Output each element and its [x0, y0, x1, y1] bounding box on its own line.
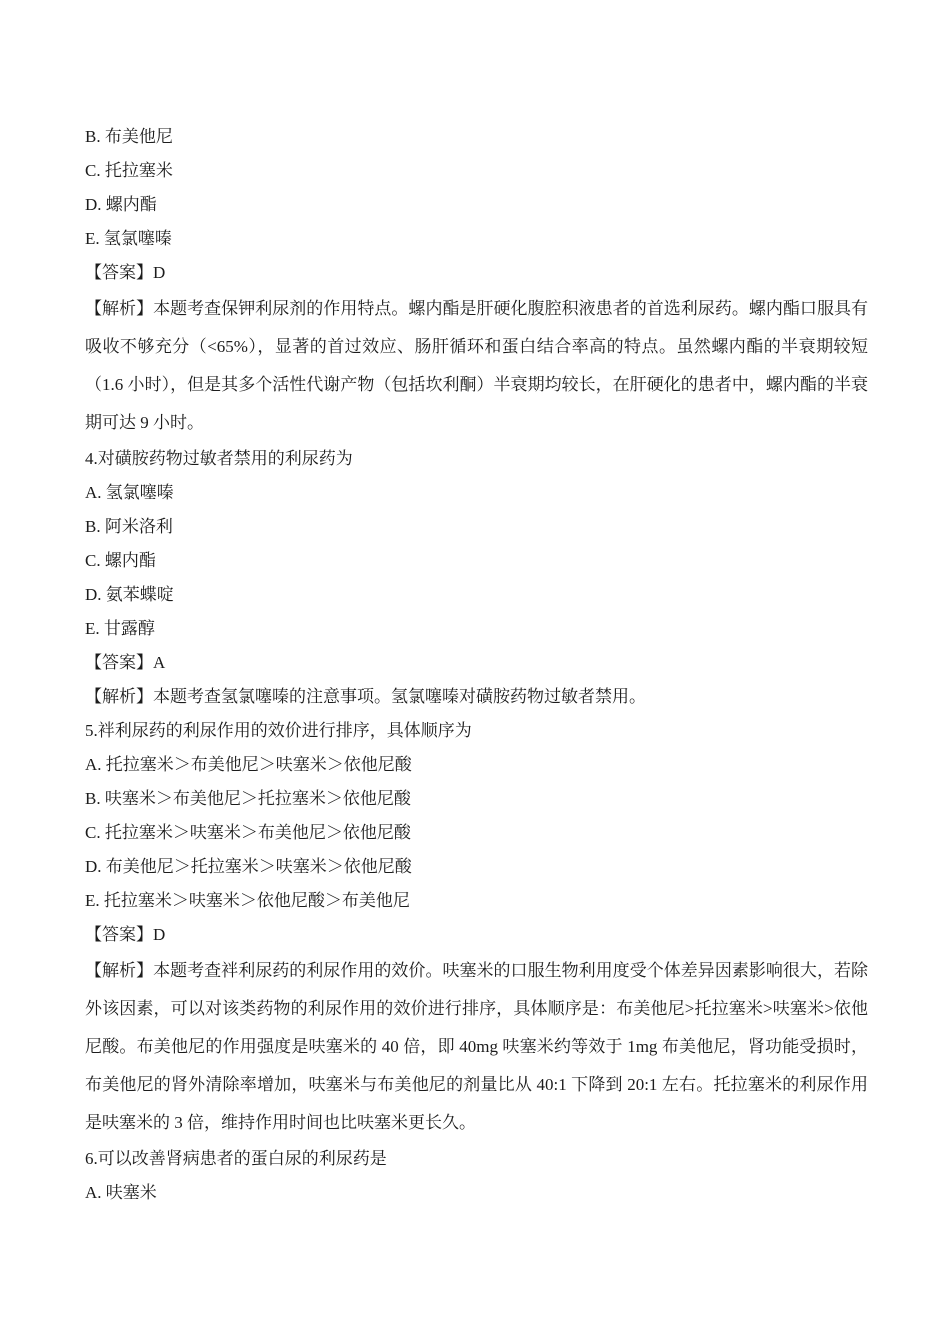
option-line: C. 托拉塞米: [85, 154, 868, 188]
option-line: B. 呋塞米＞布美他尼＞托拉塞米＞依他尼酸: [85, 782, 868, 816]
option-line: C. 托拉塞米＞呋塞米＞布美他尼＞依他尼酸: [85, 816, 868, 850]
answer-line: 【答案】D: [85, 918, 868, 952]
option-line: E. 托拉塞米＞呋塞米＞依他尼酸＞布美他尼: [85, 884, 868, 918]
document-content: B. 布美他尼C. 托拉塞米D. 螺内酯E. 氢氯噻嗪【答案】D【解析】本题考查…: [85, 120, 868, 1210]
question-line: 4.对磺胺药物过敏者禁用的利尿药为: [85, 442, 868, 476]
analysis-paragraph: 【解析】本题考查袢利尿药的利尿作用的效价。呋塞米的口服生物利用度受个体差异因素影…: [85, 952, 868, 1142]
option-line: E. 甘露醇: [85, 612, 868, 646]
option-line: E. 氢氯噻嗪: [85, 222, 868, 256]
option-line: A. 呋塞米: [85, 1176, 868, 1210]
question-line: 6.可以改善肾病患者的蛋白尿的利尿药是: [85, 1142, 868, 1176]
analysis-paragraph: 【解析】本题考查保钾利尿剂的作用特点。螺内酯是肝硬化腹腔积液患者的首选利尿药。螺…: [85, 290, 868, 442]
option-line: D. 氨苯蝶啶: [85, 578, 868, 612]
option-line: A. 托拉塞米＞布美他尼＞呋塞米＞依他尼酸: [85, 748, 868, 782]
answer-line: 【答案】A: [85, 646, 868, 680]
question-line: 5.袢利尿药的利尿作用的效价进行排序，具体顺序为: [85, 714, 868, 748]
option-line: D. 螺内酯: [85, 188, 868, 222]
option-line: D. 布美他尼＞托拉塞米＞呋塞米＞依他尼酸: [85, 850, 868, 884]
answer-line: 【答案】D: [85, 256, 868, 290]
option-line: A. 氢氯噻嗪: [85, 476, 868, 510]
option-line: B. 阿米洛利: [85, 510, 868, 544]
option-line: B. 布美他尼: [85, 120, 868, 154]
analysis-line: 【解析】本题考查氢氯噻嗪的注意事项。氢氯噻嗪对磺胺药物过敏者禁用。: [85, 680, 868, 714]
document-page: B. 布美他尼C. 托拉塞米D. 螺内酯E. 氢氯噻嗪【答案】D【解析】本题考查…: [0, 0, 950, 1344]
option-line: C. 螺内酯: [85, 544, 868, 578]
